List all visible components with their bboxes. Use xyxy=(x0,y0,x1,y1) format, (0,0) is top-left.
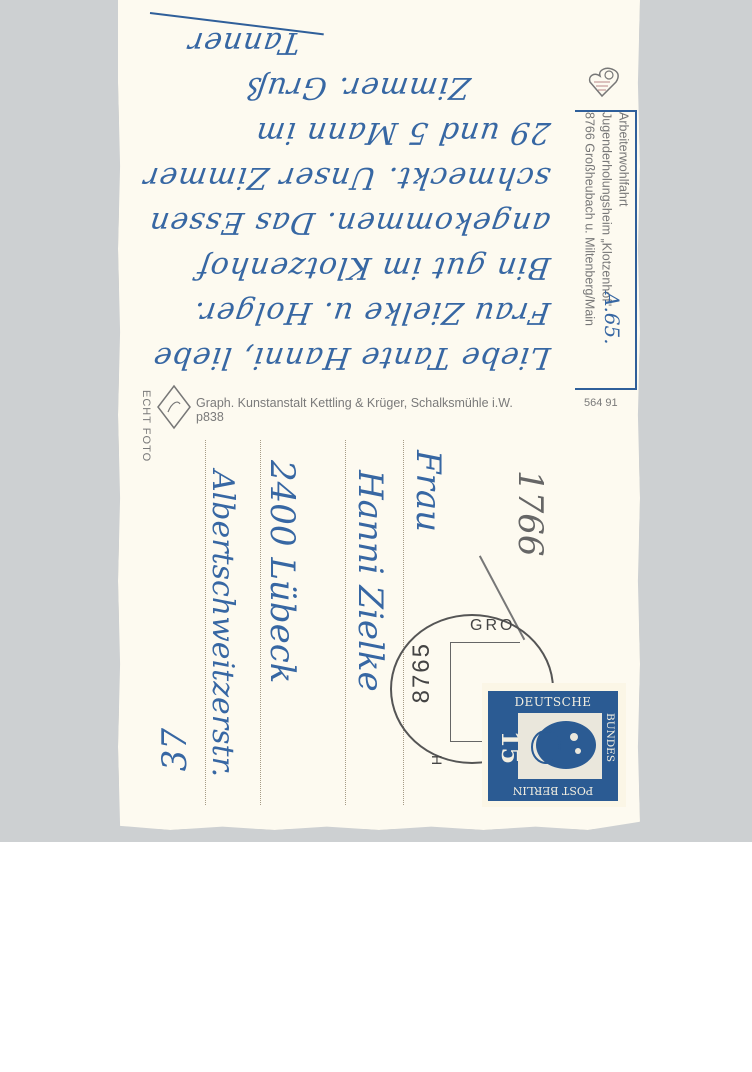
address-line: Hanni Zielke xyxy=(350,470,390,692)
message-line: angekommen. Das Essen xyxy=(127,200,553,245)
postmark-suffix: H xyxy=(429,755,445,765)
message-line: Liebe Tante Hanni, liebe xyxy=(127,335,553,380)
address-rule xyxy=(403,440,404,805)
publisher-line: Arbeiterwohlfahrt xyxy=(616,112,631,388)
stamp-portrait: Luther xyxy=(518,713,602,779)
portrait-icon xyxy=(518,713,602,779)
publisher-text: Arbeiterwohlfahrt Jugenderholungsheim „K… xyxy=(577,112,635,388)
message-line: Bin gut im Klotzenhof xyxy=(127,245,553,290)
catalog-number: 564 91 xyxy=(584,397,618,409)
message-line: Frau Zielke u. Holger. xyxy=(127,290,553,335)
address-line: Frau xyxy=(408,450,448,532)
house-number: 37 xyxy=(155,728,195,771)
publisher-line: 8766 Großheubach u. Miltenberg/Main xyxy=(582,112,597,388)
postage-stamp: DEUTSCHE BUNDES 15 Luther POST BERLIN xyxy=(482,683,626,807)
address-rule xyxy=(345,440,346,805)
stamp-country: DEUTSCHE xyxy=(488,695,618,709)
postmark-town: GRO xyxy=(470,617,515,635)
imprint-code: p838 xyxy=(196,410,224,424)
pencil-note: 1766 xyxy=(510,470,550,557)
stamp-field: DEUTSCHE BUNDES 15 Luther POST BERLIN xyxy=(488,691,618,801)
handwritten-note: A.65. xyxy=(600,292,624,345)
heart-logo-icon xyxy=(584,64,620,100)
address-line: Albertschweitzerstr. xyxy=(205,470,240,777)
message-line: 29 und 5 Mann im xyxy=(127,110,553,155)
address-rule xyxy=(260,440,261,805)
imprint-text: Graph. Kunstanstalt Kettling & Krüger, S… xyxy=(196,396,513,410)
stamp-side-text: BUNDES xyxy=(604,713,616,762)
message-signature: Tanner xyxy=(127,20,553,65)
handwritten-message: Liebe Tante Hanni, liebe Frau Zielke u. … xyxy=(130,60,550,380)
postmark-zip: 8765 xyxy=(408,642,436,703)
address-line: 2400 Lübeck xyxy=(262,460,302,683)
publisher-line: Jugenderholungsheim „Klotzenhof" xyxy=(599,112,614,388)
message-line: schmeckt. Unser Zimmer xyxy=(127,155,553,200)
message-line: Zimmer. Gruß xyxy=(127,65,553,110)
diamond-logo-icon xyxy=(156,384,192,430)
echt-foto-label: ECHT FOTO xyxy=(140,390,152,462)
stamp-postal-service: POST BERLIN xyxy=(488,784,618,797)
